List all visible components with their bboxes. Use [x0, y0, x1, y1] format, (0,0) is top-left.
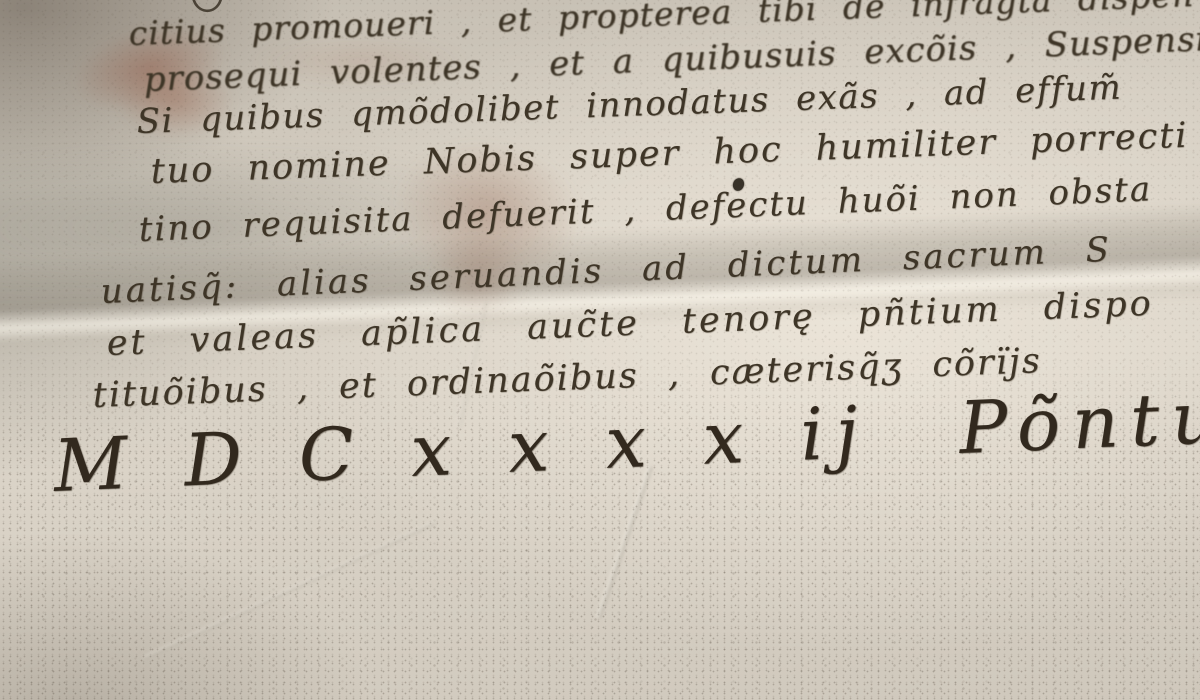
partial-descender-stroke — [190, 0, 224, 18]
parchment-manuscript-photo: citius promoueri , et propterea tibi de … — [0, 0, 1200, 700]
